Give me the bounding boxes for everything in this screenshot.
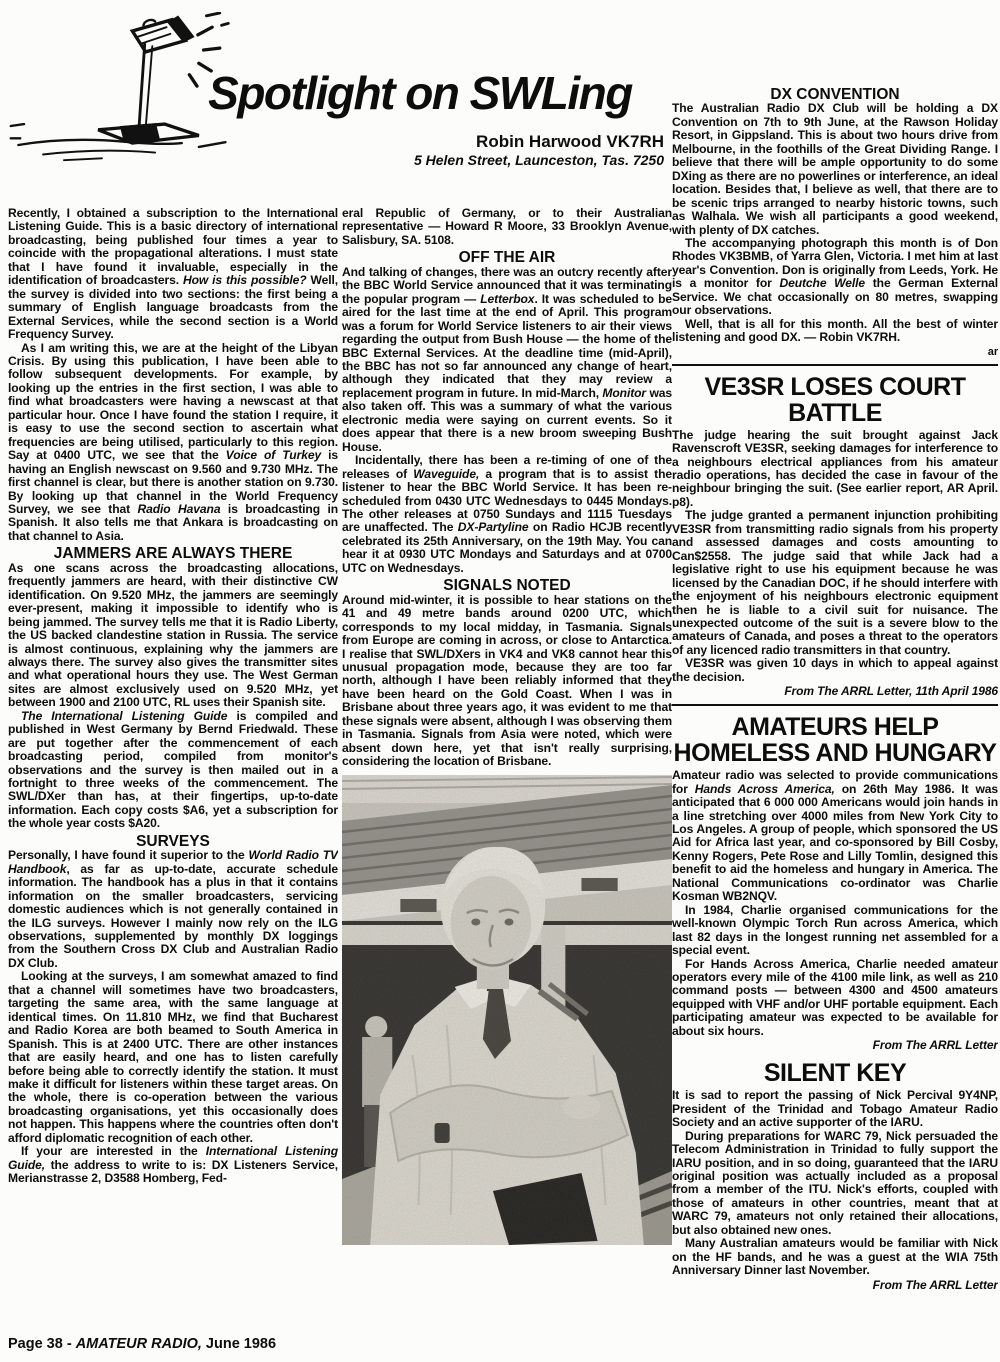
paragraph: VE3SR was given 10 days in which to appe… (672, 657, 998, 684)
paragraph: For Hands Across America, Charlie needed… (672, 958, 998, 1039)
paragraph: As one scans across the broadcasting all… (8, 562, 338, 710)
page-footer: Page 38 - AMATEUR RADIO, June 1986 (8, 1336, 276, 1352)
column-right: DX CONVENTIONThe Australian Radio DX Clu… (672, 84, 998, 1348)
attribution: From The ARRL Letter, 11th April 1986 (672, 684, 998, 698)
article-heading: VE3SR LOSES COURT BATTLE (672, 374, 998, 426)
footer-page-number: Page 38 - (8, 1336, 76, 1352)
page-title: Spotlight on SWLing (150, 66, 690, 120)
paragraph: Looking at the surveys, I am somewhat am… (8, 970, 338, 1145)
ar-end-mark: ar (672, 346, 998, 358)
section-heading: DX CONVENTION (672, 88, 998, 101)
footer-issue: June 1986 (202, 1336, 276, 1352)
photo-don-rhodes (342, 775, 672, 1245)
paragraph: Recently, I obtained a subscription to t… (8, 207, 338, 342)
attribution: From The ARRL Letter (672, 1278, 998, 1292)
column-middle: eral Republic of Germany, or to their Au… (342, 207, 672, 1362)
paragraph: If your are interested in the Internatio… (8, 1145, 338, 1185)
paragraph: As I am writing this, we are at the heig… (8, 342, 338, 544)
paragraph: The International Listening Guide is com… (8, 710, 338, 831)
article-heading: AMATEURS HELP HOMELESS AND HUNGARY (672, 714, 998, 766)
column-left: Recently, I obtained a subscription to t… (8, 207, 338, 1331)
article-heading: SILENT KEY (672, 1060, 998, 1086)
paragraph: Amateur radio was selected to provide co… (672, 769, 998, 904)
paragraph: And talking of changes, there was an out… (342, 266, 672, 454)
author-byline: Robin Harwood VK7RH (340, 132, 664, 152)
byline-block: Robin Harwood VK7RH 5 Helen Street, Laun… (340, 132, 664, 169)
section-heading: SIGNALS NOTED (342, 579, 672, 592)
paragraph: Well, that is all for this month. All th… (672, 318, 998, 345)
paragraph: The accompanying photograph this month i… (672, 237, 998, 318)
column-middle-text: eral Republic of Germany, or to their Au… (342, 207, 672, 769)
footer-magazine-name: AMATEUR RADIO, (76, 1336, 202, 1352)
paragraph: In 1984, Charlie organised communication… (672, 904, 998, 958)
divider (672, 704, 998, 706)
attribution: From The ARRL Letter (672, 1038, 998, 1052)
paragraph: Personally, I have found it superior to … (8, 849, 338, 970)
section-heading: JAMMERS ARE ALWAYS THERE (8, 547, 338, 560)
paragraph: The judge granted a permanent injunction… (672, 509, 998, 657)
divider (672, 364, 998, 366)
paragraph: Around mid-winter, it is possible to hea… (342, 594, 672, 769)
paragraph: The Australian Radio DX Club will be hol… (672, 102, 998, 237)
paragraph: During preparations for WARC 79, Nick pe… (672, 1130, 998, 1238)
paragraph: It is sad to report the passing of Nick … (672, 1089, 998, 1129)
magazine-page: Spotlight on SWLing Robin Harwood VK7RH … (0, 0, 1000, 1362)
paragraph: Many Australian amateurs would be famili… (672, 1237, 998, 1277)
paragraph: The judge hearing the suit brought again… (672, 429, 998, 510)
paragraph: Incidentally, there has been a re-timing… (342, 454, 672, 575)
author-address: 5 Helen Street, Launceston, Tas. 7250 (340, 152, 664, 169)
paragraph: eral Republic of Germany, or to their Au… (342, 207, 672, 247)
section-heading: OFF THE AIR (342, 251, 672, 264)
section-heading: SURVEYS (8, 835, 338, 848)
